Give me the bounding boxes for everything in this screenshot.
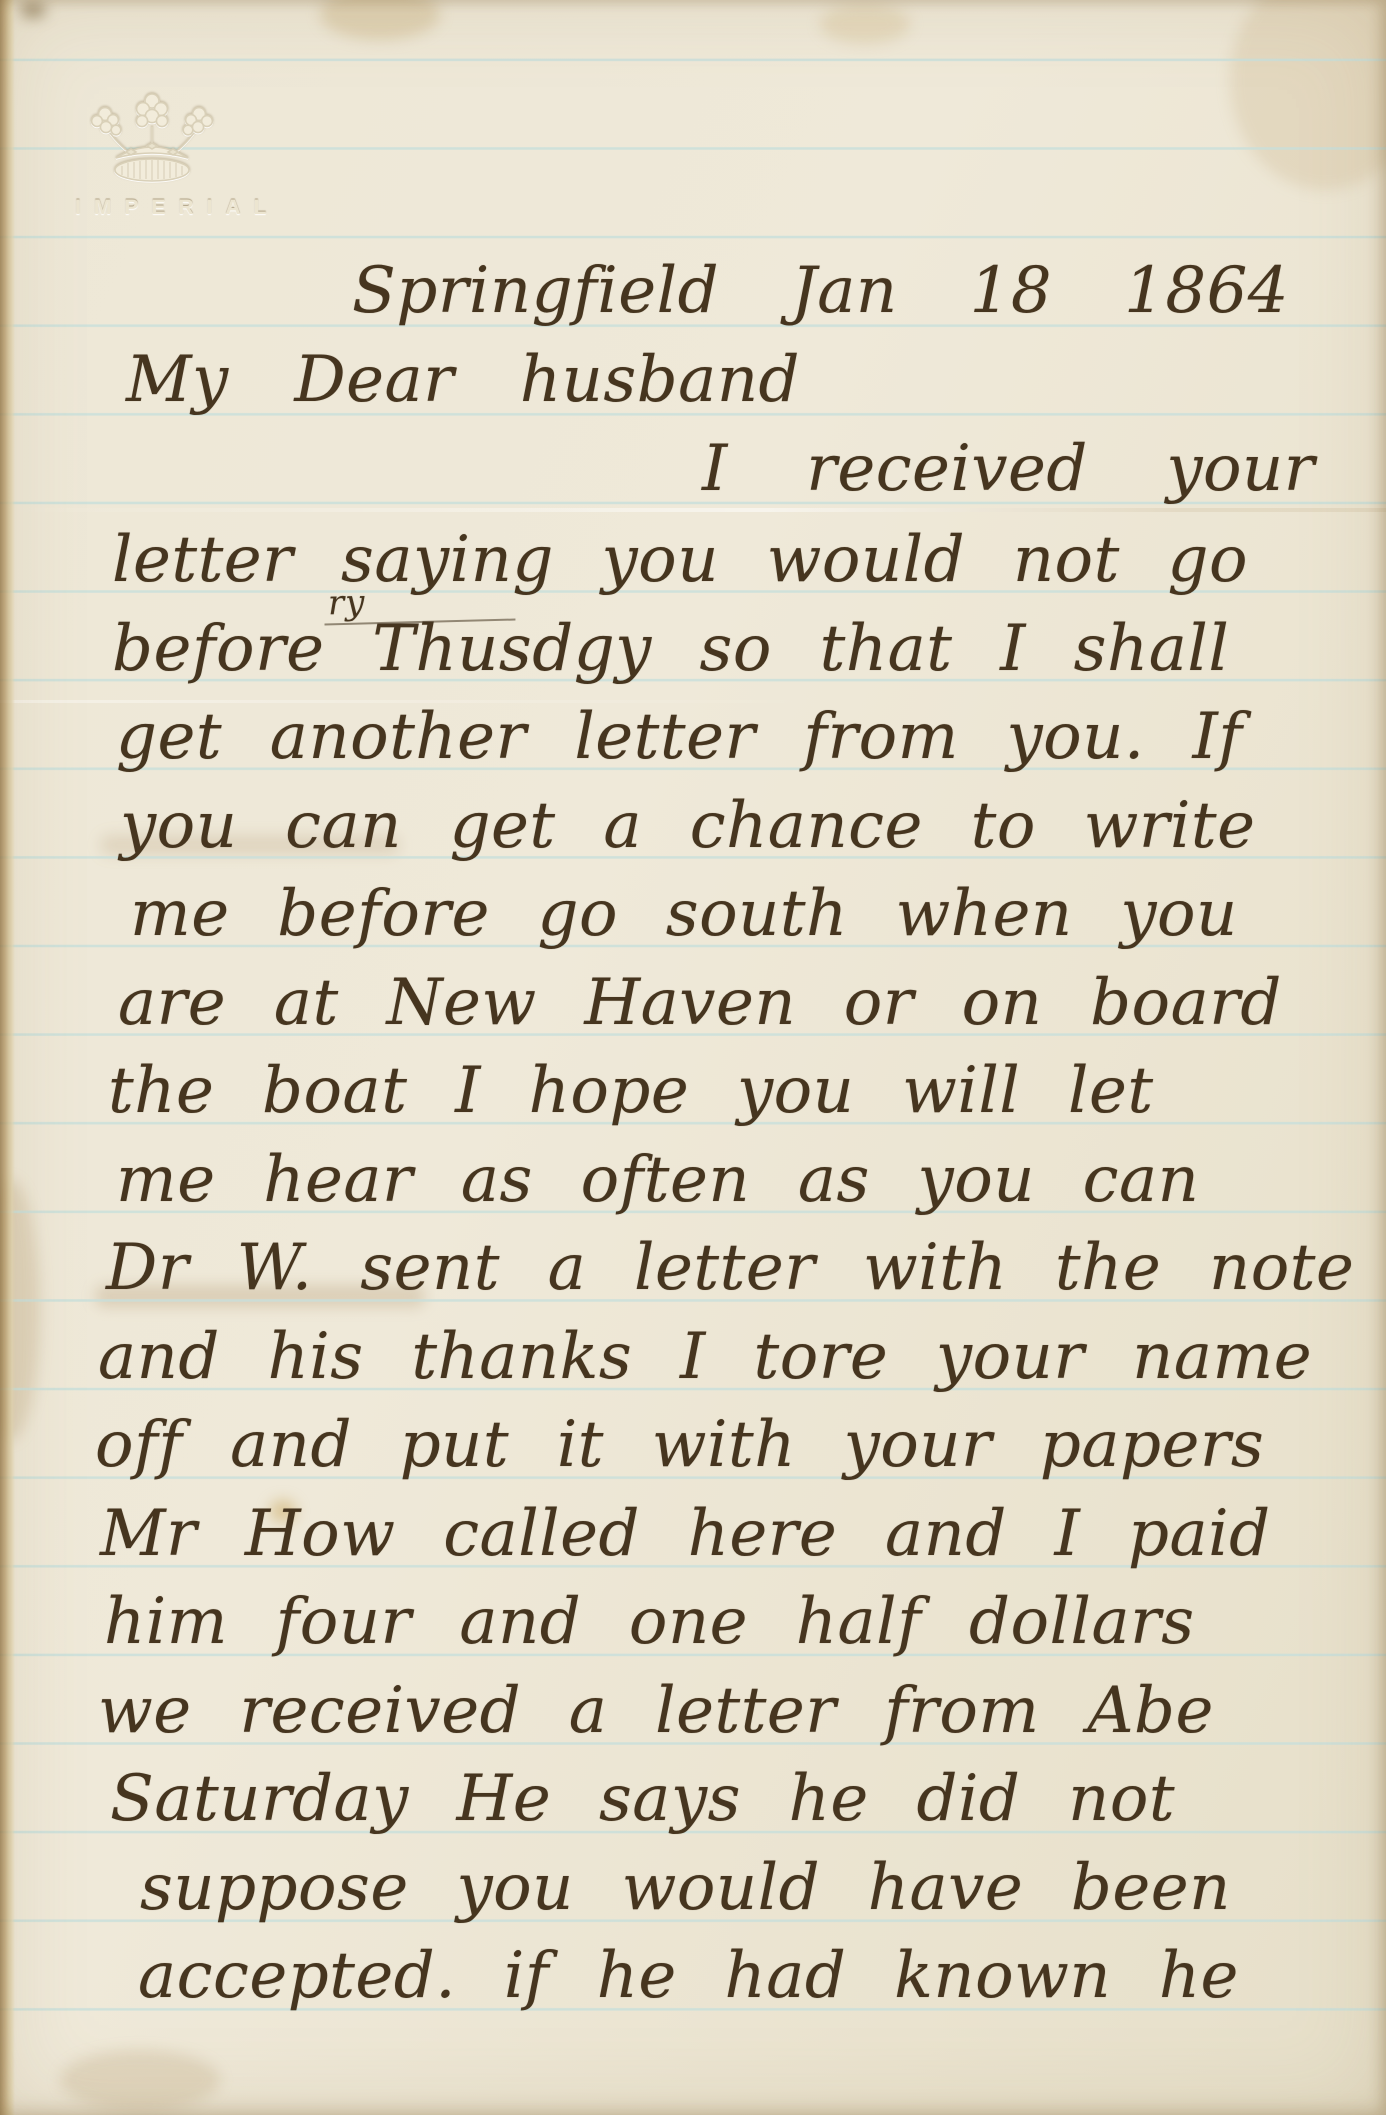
stationery-brand-label: IMPERIAL [62, 196, 242, 220]
letter-line: him four and one half dollars [104, 1587, 1195, 1657]
letter-line: we received a letter from Abe [98, 1676, 1214, 1746]
letter-dateline: Springfield Jan 18 1864 [352, 256, 1289, 326]
paper-stain [820, 4, 910, 44]
letter-line: letter saying you would not go [112, 525, 1248, 595]
crown-icon [72, 88, 232, 190]
letter-opening-line: I received your [702, 434, 1315, 504]
letter-line: are at New Haven or on board [118, 968, 1282, 1038]
inserted-correction: ry [324, 582, 516, 626]
letter-line: you can get a chance to write [120, 791, 1256, 861]
letter-line: before Thusdgy so that I shall ry [112, 614, 1229, 684]
letter-line: suppose you would have been [140, 1853, 1231, 1923]
letter-salutation: My Dear husband [126, 345, 800, 415]
paper-crease [0, 508, 1386, 512]
letter-line: and his thanks I tore your name [98, 1322, 1312, 1392]
torn-paper-edge [0, 0, 15, 2115]
letter-line: me hear as often as you can [116, 1145, 1199, 1215]
letter-line: me before go south when you [130, 879, 1238, 949]
paper-stain [1230, 0, 1386, 190]
letter-line: get another letter from you. If [116, 702, 1242, 772]
letter-line: Mr How called here and I paid [100, 1499, 1271, 1569]
letter-scan-page: IMPERIAL Springfield Jan 18 1864 My Dear… [0, 0, 1386, 2115]
paper-stain [320, 0, 440, 40]
letter-line: accepted. if he had known he [138, 1941, 1239, 2011]
letter-line-text: before Thusdgy so that I shall [112, 612, 1229, 686]
paper-stain [20, 2, 46, 18]
letter-line: Saturday He says he did not [110, 1764, 1175, 1834]
imperial-embossed-seal: IMPERIAL [62, 88, 242, 220]
letter-line: the boat I hope you will let [108, 1056, 1154, 1126]
letter-line: Dr W. sent a letter with the note [106, 1233, 1354, 1303]
letter-line: off and put it with your papers [95, 1410, 1264, 1480]
paper-stain [60, 2050, 220, 2110]
